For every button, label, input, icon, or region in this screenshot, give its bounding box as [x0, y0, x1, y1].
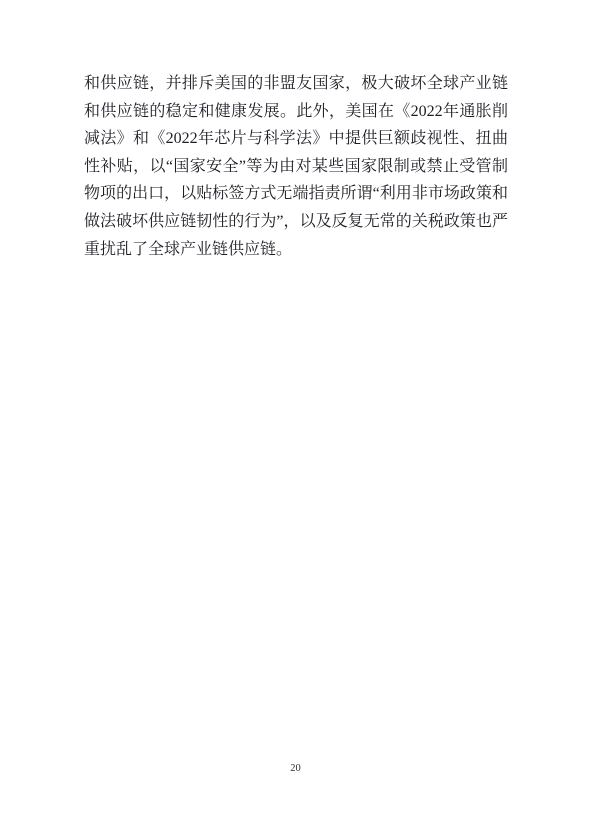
- page-number: 20: [0, 763, 591, 774]
- paragraph-line: 和供应链的稳定和健康发展。此外，美国在《2022年通胀削: [84, 98, 508, 126]
- document-page: 和供应链，并排斥美国的非盟友国家，极大破坏全球产业链 和供应链的稳定和健康发展。…: [0, 0, 591, 835]
- paragraph-line-last: 重扰乱了全球产业链供应链。: [84, 236, 508, 264]
- paragraph-line: 和供应链，并排斥美国的非盟友国家，极大破坏全球产业链: [84, 70, 508, 98]
- paragraph-line: 减法》和《2022年芯片与科学法》中提供巨额歧视性、扭曲: [84, 125, 508, 153]
- paragraph-line: 做法破坏供应链韧性的行为”，以及反复无常的关税政策也严: [84, 208, 508, 236]
- paragraph-line: 物项的出口，以贴标签方式无端指责所谓“利用非市场政策和: [84, 180, 508, 208]
- paragraph-line: 性补贴，以“国家安全”等为由对某些国家限制或禁止受管制: [84, 153, 508, 181]
- paragraph: 和供应链，并排斥美国的非盟友国家，极大破坏全球产业链 和供应链的稳定和健康发展。…: [84, 70, 508, 263]
